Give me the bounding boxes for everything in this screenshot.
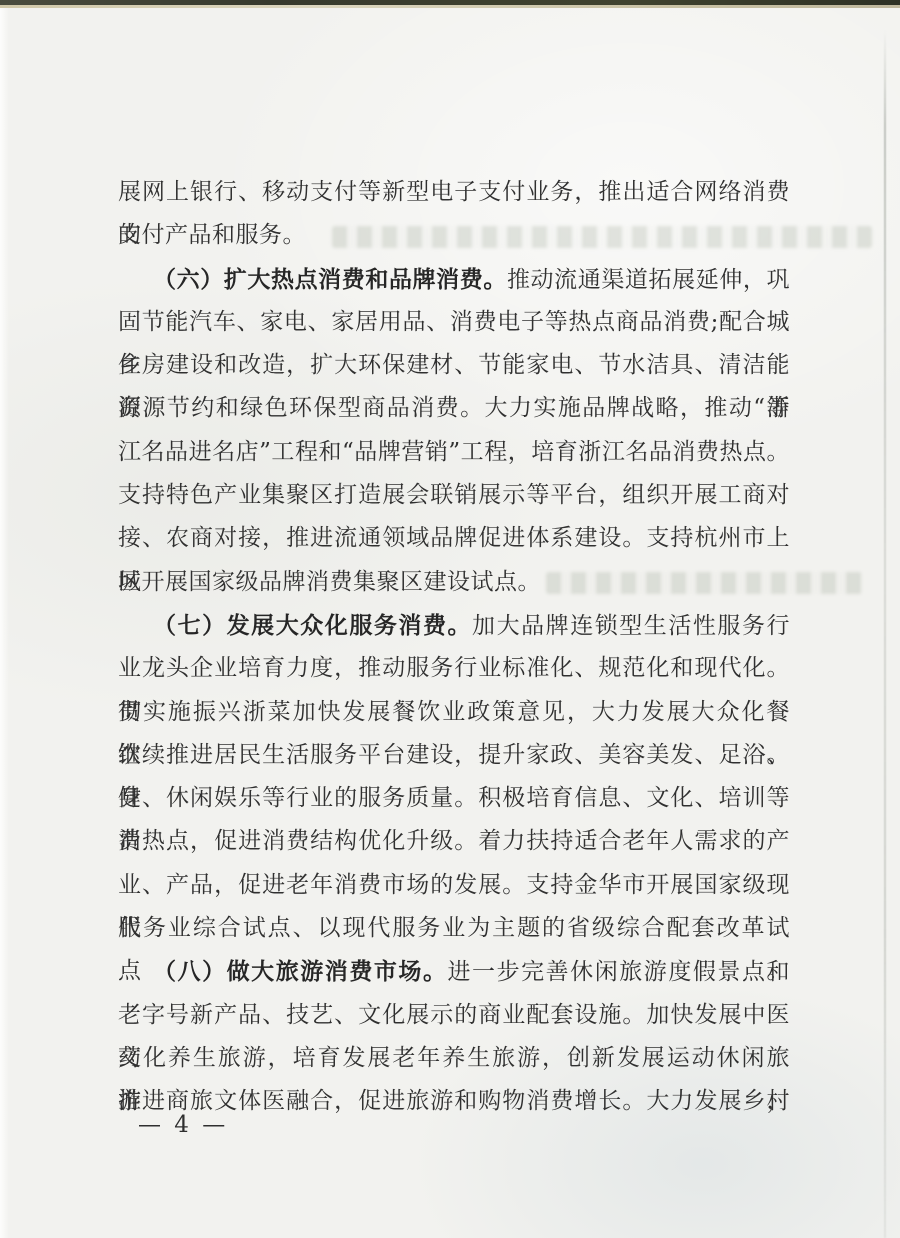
text-line: 展网上银行、移动支付等新型电子支付业务，推出适合网络消费的: [118, 171, 790, 214]
text-line: 文化养生旅游，培育发展老年养生旅游，创新发展运动休闲旅游，: [118, 1037, 790, 1080]
text-line: 老字号新产品、技艺、文化展示的商业配套设施。加快发展中医药: [118, 994, 790, 1037]
text-line: 费热点，促进消费结构优化升级。着力扶持适合老年人需求的产: [118, 820, 790, 863]
scanner-top-edge-line: [0, 5, 900, 8]
text-line: 住房建设和改造，扩大环保建材、节能家电、节水洁具、清洁能源等: [118, 344, 790, 387]
scanned-page: 展网上银行、移动支付等新型电子支付业务，推出适合网络消费的支付产品和服务。（六）…: [0, 0, 900, 1238]
text-line: 彻实施振兴浙菜加快发展餐饮业政策意见，大力发展大众化餐饮。: [118, 691, 790, 734]
section-heading: （八）做大旅游消费市场。: [153, 958, 447, 985]
text-line: 固节能汽车、家电、家居用品、消费电子等热点商品消费;配合城乡: [118, 301, 790, 344]
text-line: 江名品进名店”工程和“品牌营销”工程，培育浙江名品消费热点。: [118, 431, 790, 474]
text-line: 继续推进居民生活服务平台建设，提升家政、美容美发、足浴、健: [118, 734, 790, 777]
text-line: 接、农商对接，推进流通领域品牌促进体系建设。支持杭州市上城: [118, 517, 790, 560]
scanner-left-edge: [0, 8, 9, 1238]
page-crease-line: [884, 30, 886, 1238]
text-line: 区开展国家级品牌消费集聚区建设试点。: [118, 561, 790, 604]
text-line: 资源节约和绿色环保型商品消费。大力实施品牌战略，推动“浙: [118, 387, 790, 430]
text-line: 业、产品，促进老年消费市场的发展。支持金华市开展国家级现代: [118, 864, 790, 907]
text-line: 支付产品和服务。: [118, 214, 790, 257]
section-heading: （六）扩大热点消费和品牌消费。: [153, 266, 507, 293]
text-block: 展网上银行、移动支付等新型电子支付业务，推出适合网络消费的支付产品和服务。（六）…: [118, 171, 790, 1124]
text-line: （七）发展大众化服务消费。加大品牌连锁型生活性服务行: [118, 604, 790, 647]
text-line: 身、休闲娱乐等行业的服务质量。积极培育信息、文化、培训等消: [118, 777, 790, 820]
text-line: 支持特色产业集聚区打造展会联销展示等平台，组织开展工商对: [118, 474, 790, 517]
text-line: 业龙头企业培育力度，推动服务行业标准化、规范化和现代化。贯: [118, 647, 790, 690]
text-line: （八）做大旅游消费市场。进一步完善休闲旅游度假景点和: [118, 950, 790, 993]
page-number: — 4 —: [138, 1112, 228, 1138]
text-line: 服务业综合试点、以现代服务业为主题的省级综合配套改革试点。: [118, 907, 790, 950]
text-line: （六）扩大热点消费和品牌消费。推动流通渠道拓展延伸，巩: [118, 258, 790, 301]
section-heading: （七）发展大众化服务消费。: [153, 612, 472, 639]
